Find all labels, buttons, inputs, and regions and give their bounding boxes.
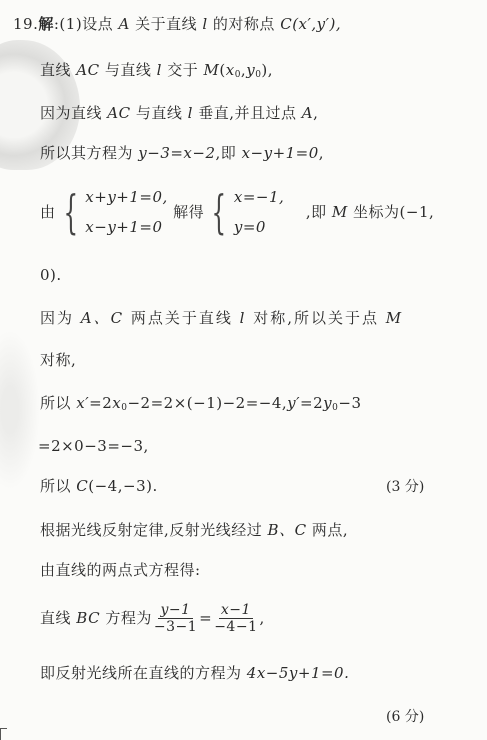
page-corner-mark: [0, 728, 7, 740]
solution-line-2: 直线 AC 与直线 l 交于 M(x0,y0),: [40, 60, 273, 85]
solution-line-11: 所以 C(−4,−3).: [40, 476, 158, 496]
solution-label: 解: [38, 15, 54, 33]
equation-system-2: x=−1,y=0: [234, 182, 306, 242]
fraction-x: x−1−4−1: [212, 602, 259, 635]
left-brace-icon: {: [63, 189, 78, 235]
solution-line-14: 直线 BC 方程为y−1−3−1=x−1−4−1,: [40, 600, 265, 635]
fraction-y: y−1−3−1: [152, 602, 199, 635]
solution-line-7: 因为 A、C 两点关于直线 l 对称,所以关于点 M: [40, 308, 403, 328]
solution-document: 19.解:(1)设点 A 关于直线 l 的对称点 C(x′,y′), 直线 AC…: [0, 0, 487, 740]
problem-number: 19.: [13, 15, 38, 33]
solution-line-15: 即反射光线所在直线的方程为 4x−5y+1=0.: [40, 663, 349, 683]
solution-line-4: 所以其方程为 y−3=x−2,即 x−y+1=0,: [40, 143, 324, 163]
equation-system-1: x+y+1=0,x−y+1=0: [85, 182, 168, 242]
solution-line-6: 0).: [40, 265, 62, 285]
solution-line-10: =2×0−3=−3,: [38, 436, 149, 456]
solution-line-8: 对称,: [40, 350, 76, 370]
score-badge-3: (3 分): [386, 476, 424, 496]
left-brace-icon: {: [212, 189, 227, 235]
solution-line-1: 19.解:(1)设点 A 关于直线 l 的对称点 C(x′,y′),: [13, 14, 341, 34]
solution-line-9: 所以 x′=2x0−2=2×(−1)−2=−4,y′=2y0−3: [40, 393, 362, 418]
solution-line-12: 根据光线反射定律,反射光线经过 B、C 两点,: [40, 520, 348, 540]
solution-line-5-system: 由{x+y+1=0,x−y+1=0 解得{x=−1,y=0,即 M 坐标为(−1…: [40, 182, 434, 242]
score-badge-6: (6 分): [386, 706, 424, 726]
solution-line-13: 由直线的两点式方程得:: [40, 560, 201, 580]
solution-line-3: 因为直线 AC 与直线 l 垂直,并且过点 A,: [40, 103, 318, 123]
